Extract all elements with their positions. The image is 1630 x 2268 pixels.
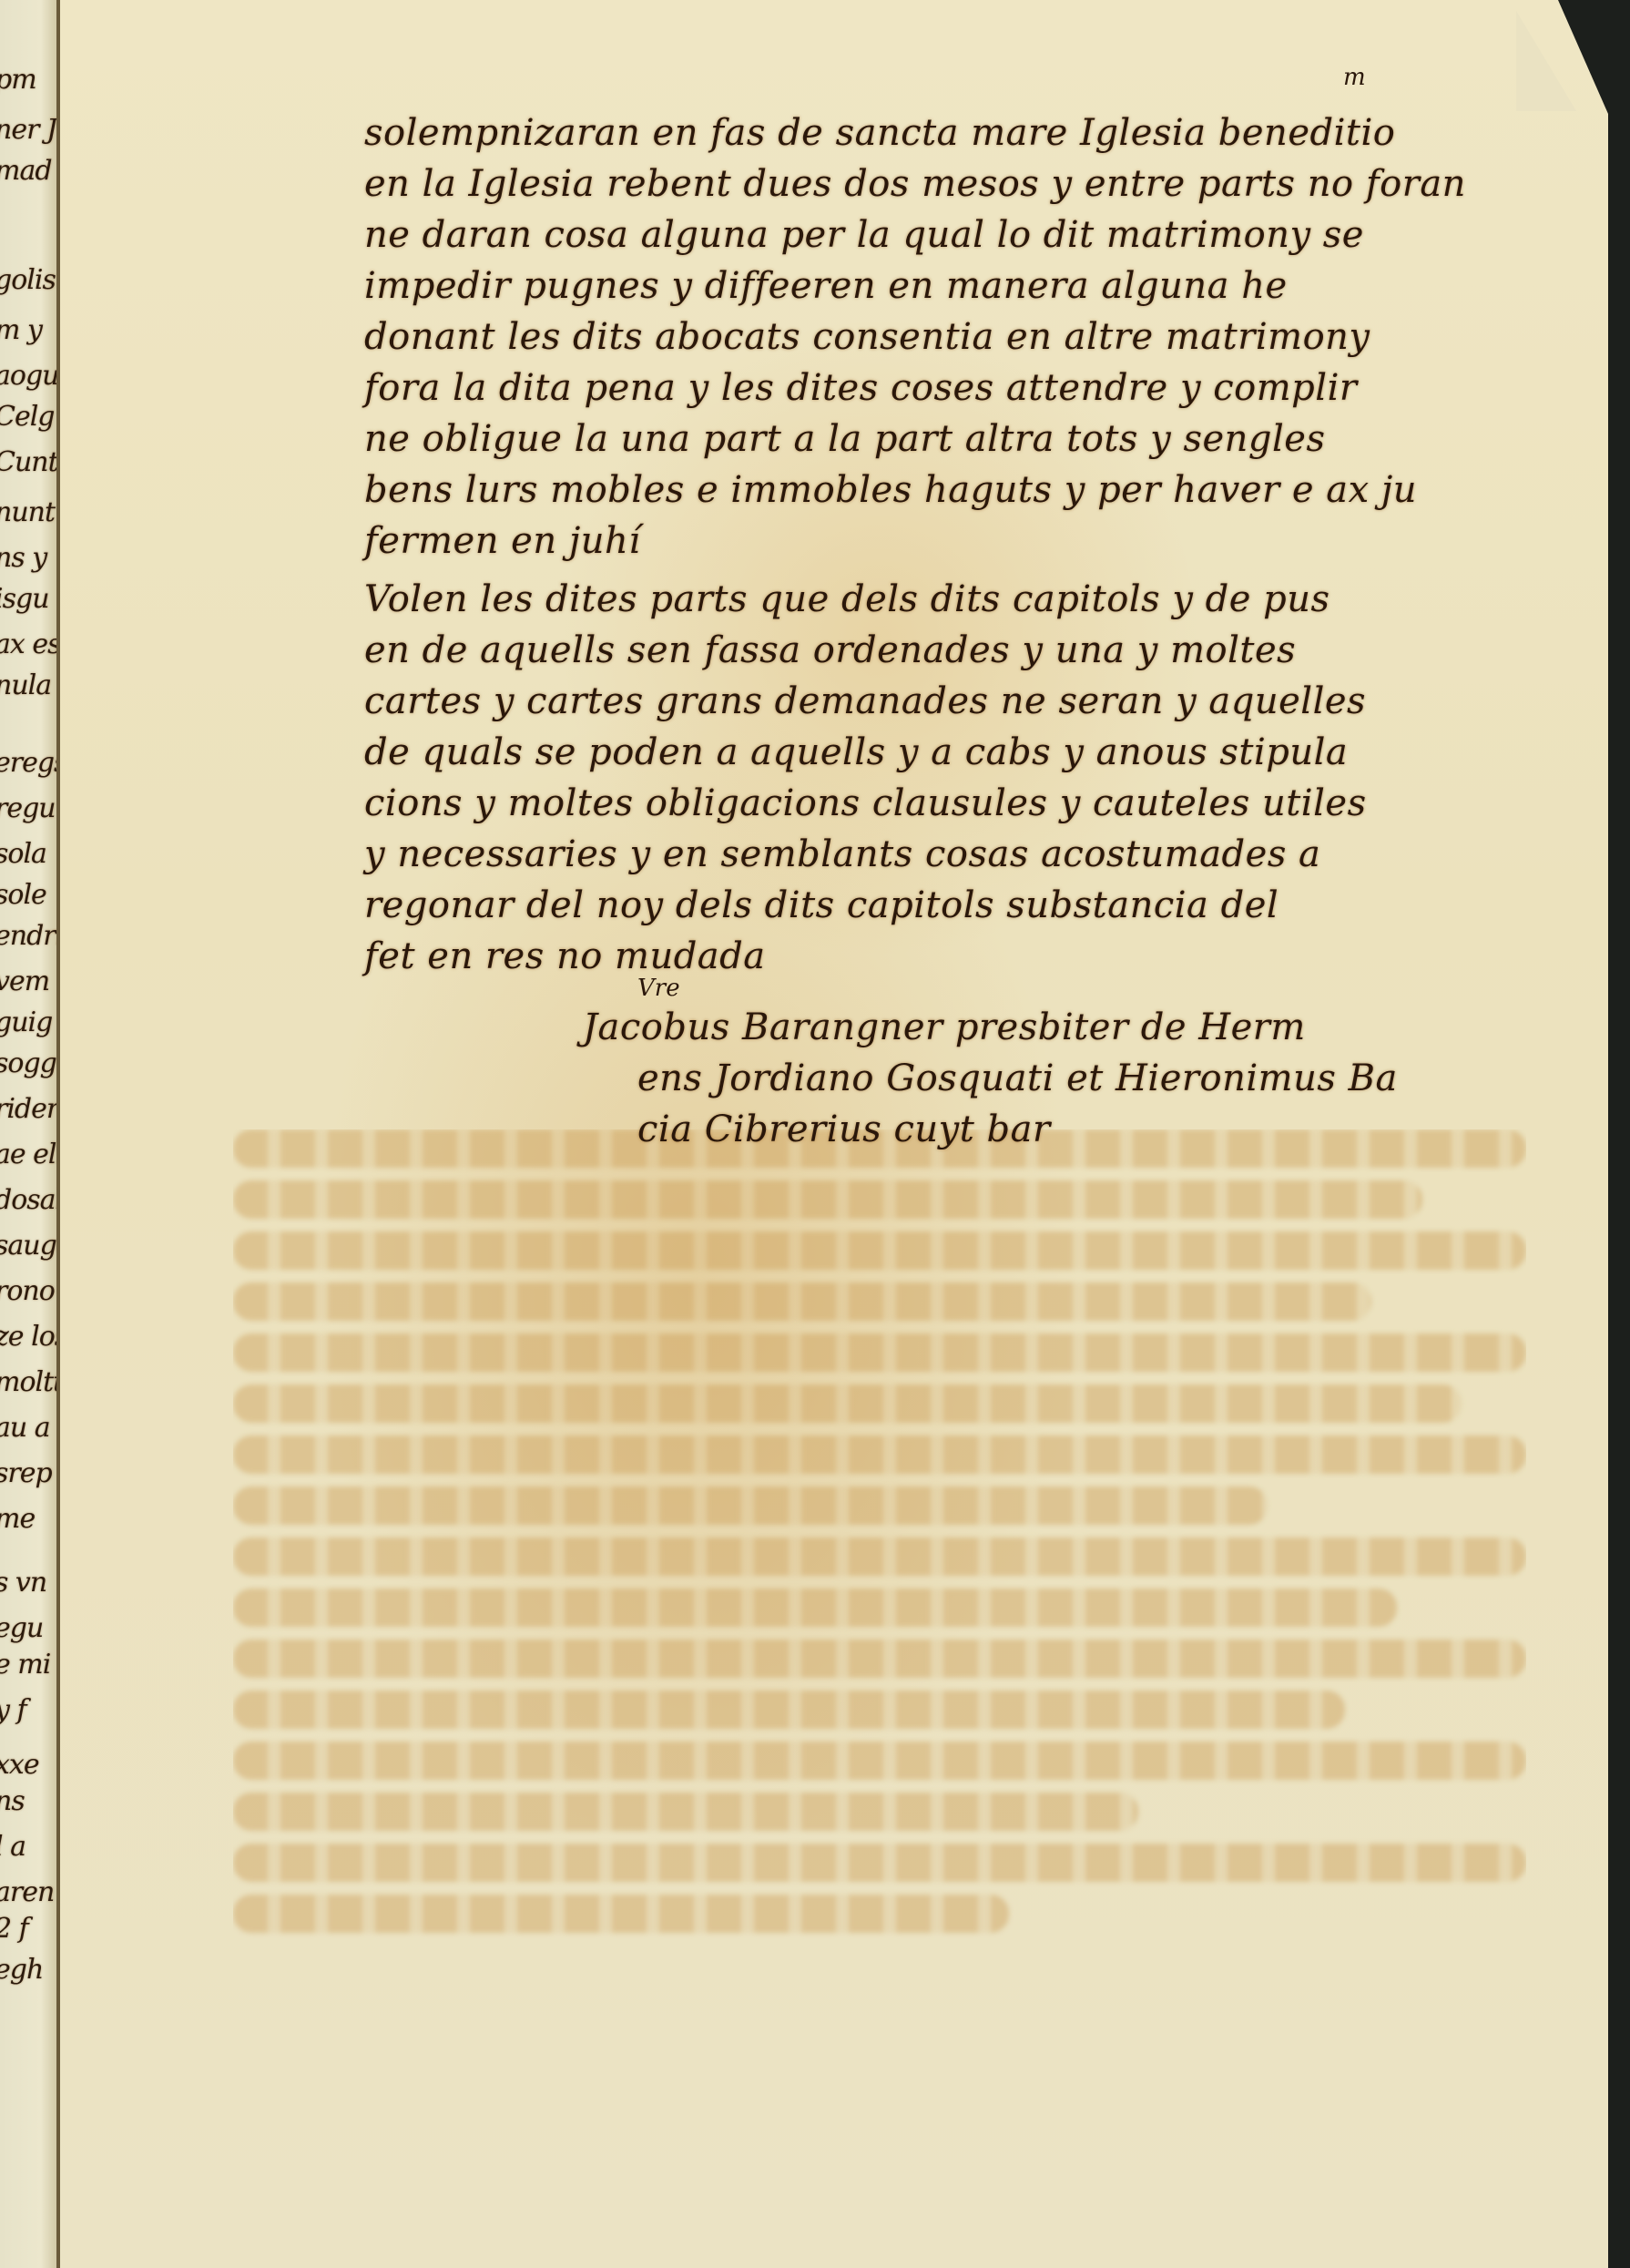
left-page-margin: pmner Jmadgolism yaoguCelgCuntnuntns yis… [0,0,58,2268]
left-page-fragment: dosalt [0,1184,58,1216]
left-page-fragment: y f [0,1694,26,1726]
left-page-fragment: l a [0,1831,25,1863]
text-line: solempnizaran en fas de sancta mare Igle… [364,107,1575,158]
left-page-fragment: srep [0,1457,52,1489]
text-line: impedir pugnes y diffeeren en manera alg… [364,261,1575,312]
left-page-fragment: nula [0,669,51,701]
left-page-fragment: ns [0,1785,25,1817]
left-page-fragment: aren [0,1876,54,1908]
left-page-fragment: 2 f [0,1913,28,1945]
text-line: ne obligue la una part a la part altra t… [364,414,1575,465]
paragraph-2: Volen les dites parts que dels dits capi… [364,574,1575,982]
left-page-fragment: ae elle [0,1139,58,1170]
left-page-fragment: isgu [0,583,49,615]
left-page-fragment: Celg [0,401,55,433]
paragraph-1: solempnizaran en fas de sancta mare Igle… [364,107,1575,567]
left-page-fragment: mad [0,155,52,187]
left-page-fragment: egu [0,1612,43,1644]
left-page-fragment: me [0,1503,35,1535]
left-page-fragment: au a [0,1412,50,1444]
signature-line: cia Cibrerius cuyt bar [583,1104,1584,1155]
text-line: fora la dita pena y les dites coses atte… [364,363,1575,414]
ink-bleed-through [233,1129,1526,2040]
left-page-fragment: m y [0,314,42,346]
signature-superscript: Vre [637,975,680,1002]
left-page-fragment: rider [0,1093,58,1125]
left-page-fragment: e mi [0,1649,50,1681]
text-line: cions y moltes obligacions clausules y c… [364,778,1575,829]
left-page-fragment: regu [0,792,56,824]
left-page-fragment: guig [0,1006,52,1038]
text-line: de quals se poden a aquells y a cabs y a… [364,727,1575,778]
signature-line: Jacobus Barangner presbiter de Herm [583,1002,1584,1053]
text-line: fet en res no mudada [364,931,1575,982]
left-page-fragment: sauge [0,1230,58,1262]
text-line: ne daran cosa alguna per la qual lo dit … [364,209,1575,261]
left-page-fragment: golis [0,264,56,296]
left-page-fragment: ner J [0,114,56,146]
left-page-fragment: eregs [0,747,58,779]
left-page-fragment: vem [0,965,49,997]
left-page-fragment: s vn [0,1567,46,1599]
left-page-fragment: aogu [0,360,58,392]
left-page-fragment: sole [0,879,46,911]
left-page-fragment: ze los [0,1321,58,1353]
signature-line: ens Jordiano Gosquati et Hieronimus Ba [583,1053,1584,1104]
left-page-fragment: endri [0,920,58,952]
corner-mark: m [1343,64,1366,91]
text-line: en de aquells sen fassa ordenades y una … [364,625,1575,676]
text-line: donant les dits abocats consentia en alt… [364,312,1575,363]
left-page-fragment: sola [0,838,46,870]
left-page-fragment: egh [0,1954,43,1986]
left-page-fragment: ns y [0,542,46,574]
text-line: Volen les dites parts que dels dits capi… [364,574,1575,625]
text-line: en la Iglesia rebent dues dos mesos y en… [364,158,1575,209]
left-page-fragment: Cunt [0,446,58,478]
book-gutter [56,0,60,2268]
text-line: regonar del noy dels dits capitols subst… [364,880,1575,931]
text-line: cartes y cartes grans demanades ne seran… [364,676,1575,727]
left-page-fragment: nunt [0,496,55,528]
left-page-fragment: sogg [0,1047,56,1079]
left-page-fragment: pm [0,64,36,96]
text-line: fermen en juhí [364,516,1575,567]
text-line: y necessaries y en semblants cosas acost… [364,829,1575,880]
left-page-fragment: ax es [0,628,58,660]
signatures-block: Jacobus Barangner presbiter de Herm ens … [583,1002,1584,1155]
left-page-fragment: xxe [0,1749,39,1781]
text-line: bens lurs mobles e immobles haguts y per… [364,465,1575,516]
left-page-fragment: rono y [0,1275,58,1307]
left-page-fragment: moltt [0,1366,58,1398]
